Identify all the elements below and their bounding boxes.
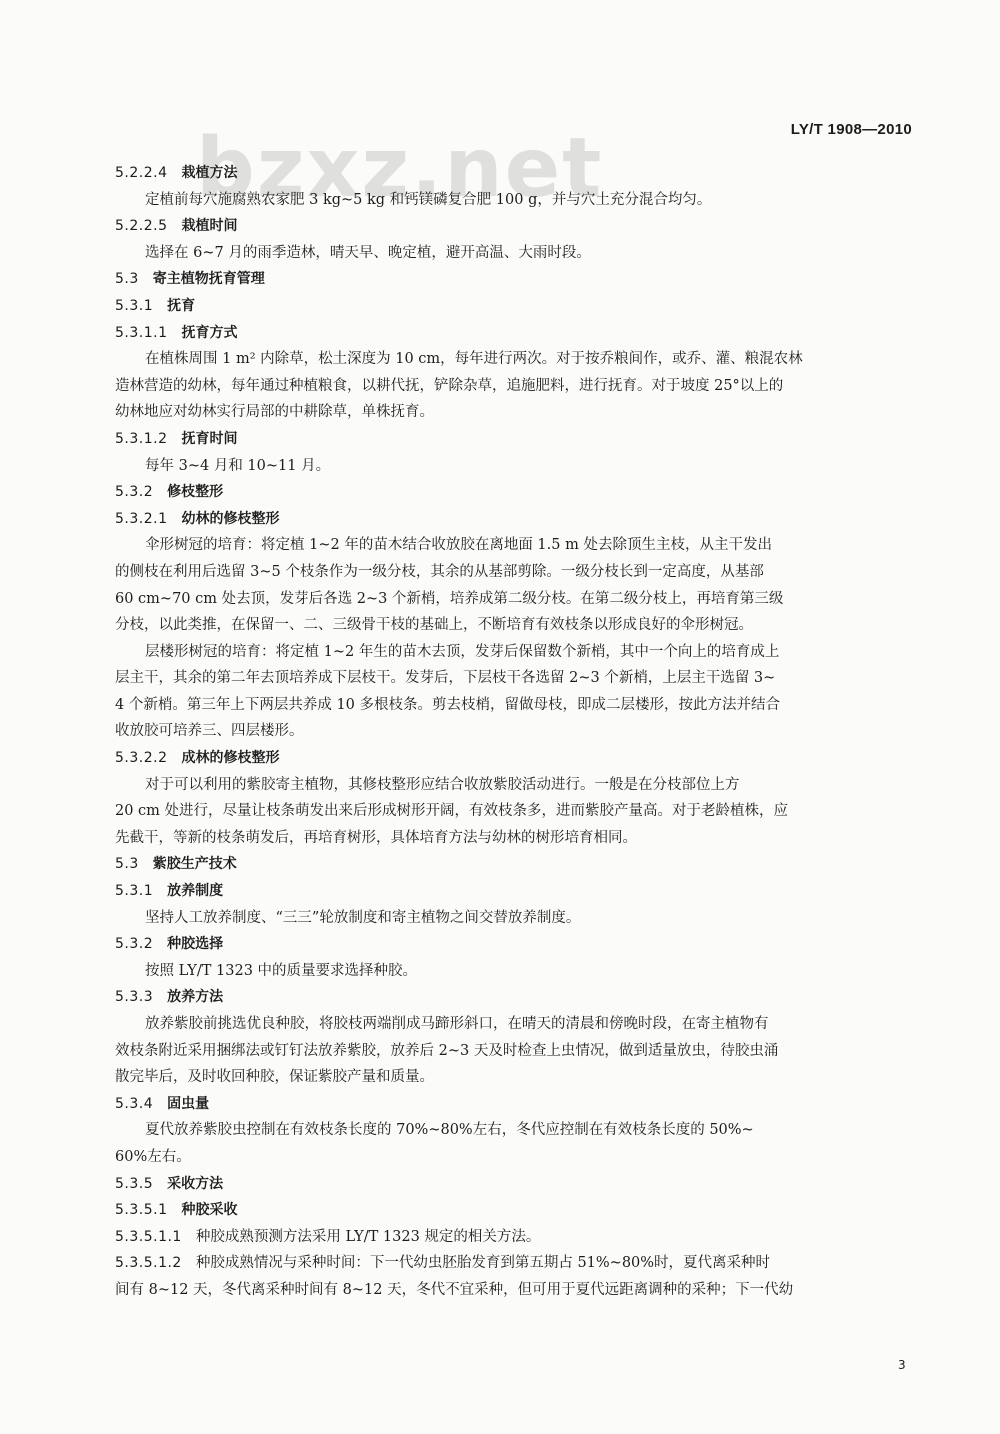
section-heading: 5.3.5.1.2种胶成熟情况与采种时间：下一代幼虫胚胎发育到第五期占 51%~…	[115, 1250, 915, 1277]
section-title: 放养制度	[167, 883, 223, 899]
section-title: 抚育	[167, 298, 195, 314]
section-title: 抚育时间	[181, 431, 237, 447]
section-number: 5.3.1	[115, 293, 153, 320]
section-number: 5.3.2	[115, 931, 153, 958]
paragraph-line: 层主干，其余的第二年去顶培养成下层枝干。发芽后，下层枝干各选留 2~3 个新梢，…	[115, 665, 915, 692]
clause-text: 种胶成熟预测方法采用 LY/T 1323 规定的相关方法。	[196, 1229, 541, 1245]
paragraph-line: 在植株周围 1 m² 内除草，松土深度为 10 cm，每年进行两次。对于按乔粮间…	[115, 346, 915, 373]
section-heading: 5.3.5.1种胶采收	[115, 1197, 915, 1224]
standard-code: LY/T 1908—2010	[791, 121, 912, 138]
section-heading: 5.2.2.4栽植方法	[115, 160, 915, 187]
section-heading: 5.3.2.2成林的修枝整形	[115, 745, 915, 772]
section-heading: 5.3.1放养制度	[115, 878, 915, 905]
section-number: 5.3.4	[115, 1091, 153, 1118]
section-title: 放养方法	[167, 989, 223, 1005]
section-number: 5.3.2.2	[115, 745, 167, 772]
paragraph-line: 定植前每穴施腐熟农家肥 3 kg~5 kg 和钙镁磷复合肥 100 g，并与穴土…	[115, 187, 915, 214]
section-number: 5.3.2.1	[115, 506, 167, 533]
paragraph-line: 20 cm 处进行，尽量让枝条萌发出来后形成树形开阔，有效枝条多，进而紫胶产量高…	[115, 798, 915, 825]
section-title: 采收方法	[167, 1176, 223, 1192]
section-heading: 5.3紫胶生产技术	[115, 851, 915, 878]
section-heading: 5.3.2种胶选择	[115, 931, 915, 958]
paragraph-line: 4 个新梢。第三年上下两层共养成 10 多根枝条。剪去枝梢，留做母枝，即成二层楼…	[115, 692, 915, 719]
section-number: 5.3.1.1	[115, 320, 167, 347]
paragraph-line: 造林营造的幼林，每年通过种植粮食，以耕代抚，铲除杂草，追施肥料，进行抚育。对于坡…	[115, 373, 915, 400]
section-number: 5.2.2.4	[115, 160, 167, 187]
section-title: 种胶选择	[167, 936, 223, 952]
paragraph-line: 每年 3~4 月和 10~11 月。	[115, 453, 915, 480]
section-heading: 5.3.1抚育	[115, 293, 915, 320]
section-title: 抚育方式	[181, 325, 237, 341]
section-number: 5.3.5	[115, 1171, 153, 1198]
paragraph-line: 层楼形树冠的培育：将定植 1~2 年生的苗木去顶，发芽后保留数个新梢，其中一个向…	[115, 639, 915, 666]
section-heading: 5.3.4固虫量	[115, 1091, 915, 1118]
section-title: 寄主植物抚育管理	[153, 271, 265, 287]
section-number: 5.2.2.5	[115, 213, 167, 240]
paragraph-line: 先截干，等新的枝条萌发后，再培育树形，具体培育方法与幼林的树形培育相同。	[115, 825, 915, 852]
paragraph-line: 收放胶可培养三、四层楼形。	[115, 718, 915, 745]
section-heading: 5.2.2.5栽植时间	[115, 213, 915, 240]
section-heading: 5.3寄主植物抚育管理	[115, 266, 915, 293]
paragraph-line: 的侧枝在利用后选留 3~5 个枝条作为一级分枝，其余的从基部剪除。一级分枝长到一…	[115, 559, 915, 586]
section-title: 种胶采收	[181, 1202, 237, 1218]
section-number: 5.3.1.2	[115, 426, 167, 453]
section-heading: 5.3.1.2抚育时间	[115, 426, 915, 453]
paragraph-line: 对于可以利用的紫胶寄主植物，其修枝整形应结合收放紫胶活动进行。一般是在分枝部位上…	[115, 772, 915, 799]
paragraph-line: 选择在 6~7 月的雨季造林，晴天早、晚定植，避开高温、大雨时段。	[115, 240, 915, 267]
document-body: 5.2.2.4栽植方法定植前每穴施腐熟农家肥 3 kg~5 kg 和钙镁磷复合肥…	[115, 160, 915, 1304]
section-number: 5.3.5.1	[115, 1197, 167, 1224]
section-number: 5.3.3	[115, 984, 153, 1011]
section-number: 5.3.5.1.2	[115, 1250, 182, 1277]
paragraph-line: 伞形树冠的培育：将定植 1~2 年的苗木结合收放胶在离地面 1.5 m 处去除顶…	[115, 532, 915, 559]
section-heading: 5.3.5采收方法	[115, 1171, 915, 1198]
section-number: 5.3	[115, 266, 139, 293]
section-number: 5.3.1	[115, 878, 153, 905]
paragraph-line: 分枝，以此类推，在保留一、二、三级骨干枝的基础上，不断培育有效枝条以形成良好的伞…	[115, 612, 915, 639]
section-title: 固虫量	[167, 1096, 209, 1112]
section-title: 紫胶生产技术	[153, 856, 237, 872]
paragraph-line: 散完毕后，及时收回种胶，保证紫胶产量和质量。	[115, 1064, 915, 1091]
paragraph-line: 夏代放养紫胶虫控制在有效枝条长度的 70%~80%左右，冬代应控制在有效枝条长度…	[115, 1117, 915, 1144]
section-heading: 5.3.3放养方法	[115, 984, 915, 1011]
section-title: 栽植时间	[181, 218, 237, 234]
paragraph-line: 效枝条附近采用捆绑法或钉钉法放养紫胶，放养后 2~3 天及时检查上虫情况，做到适…	[115, 1038, 915, 1065]
section-title: 栽植方法	[181, 165, 237, 181]
paragraph-line: 幼林地应对幼林实行局部的中耕除草，单株抚育。	[115, 399, 915, 426]
clause-text: 种胶成熟情况与采种时间：下一代幼虫胚胎发育到第五期占 51%~80%时，夏代离采…	[196, 1255, 770, 1271]
paragraph-line: 坚持人工放养制度、“三三”轮放制度和寄主植物之间交替放养制度。	[115, 905, 915, 932]
paragraph-line: 60 cm~70 cm 处去顶，发芽后各选 2~3 个新梢，培养成第二级分枝。在…	[115, 586, 915, 613]
paragraph-line: 60%左右。	[115, 1144, 915, 1171]
page-number: 3	[898, 1358, 906, 1372]
paragraph-line: 放养紫胶前挑选优良种胶，将胶枝两端削成马蹄形斜口，在晴天的清晨和傍晚时段，在寄主…	[115, 1011, 915, 1038]
paragraph-line: 按照 LY/T 1323 中的质量要求选择种胶。	[115, 958, 915, 985]
section-number: 5.3.5.1.1	[115, 1224, 182, 1251]
section-heading: 5.3.2.1幼林的修枝整形	[115, 506, 915, 533]
section-number: 5.3.2	[115, 479, 153, 506]
section-title: 幼林的修枝整形	[181, 511, 279, 527]
section-title: 成林的修枝整形	[181, 750, 279, 766]
section-number: 5.3	[115, 851, 139, 878]
section-heading: 5.3.5.1.1种胶成熟预测方法采用 LY/T 1323 规定的相关方法。	[115, 1224, 915, 1251]
section-heading: 5.3.2修枝整形	[115, 479, 915, 506]
section-title: 修枝整形	[167, 484, 223, 500]
section-heading: 5.3.1.1抚育方式	[115, 320, 915, 347]
paragraph-line: 间有 8~12 天，冬代离采种时间有 8~12 天，冬代不宜采种，但可用于夏代远…	[115, 1277, 915, 1304]
